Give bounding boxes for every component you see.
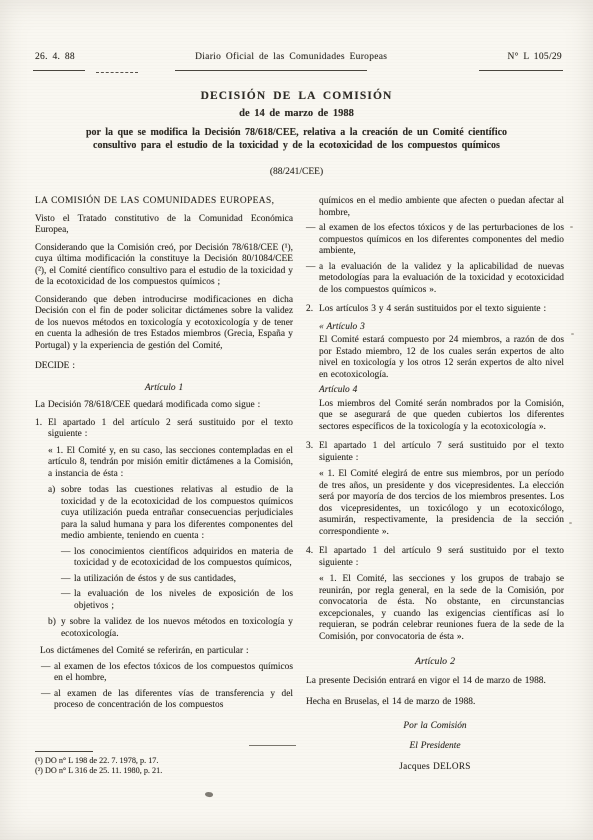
article-3-text: El Comité estará compuesto por 24 miembr… (319, 335, 564, 381)
amendment-item-3: 3. El apartado 1 del artículo 7 será sus… (306, 441, 564, 464)
scan-artifact-line (249, 745, 296, 746)
dash-marker: — (61, 589, 74, 612)
point-text: y sobre la validez de los nuevos métodos… (61, 617, 293, 640)
article-3-heading: « Artículo 3 (319, 322, 564, 334)
decision-title: DECISIÓN DE LA COMISIÓN (0, 90, 593, 102)
journal-issue-number: N° L 105/29 (507, 52, 562, 62)
dash-marker: — (61, 574, 74, 586)
decision-subtitle: por la que se modifica la Decisión 78/61… (81, 127, 513, 152)
scan-speck (570, 226, 573, 228)
footnote-2: (²) DO n° L 316 de 25. 11. 1980, p. 21. (35, 766, 297, 776)
dash-marker: — (306, 262, 319, 297)
decide-line: DECIDE : (35, 361, 293, 373)
point-label: a) (48, 485, 61, 543)
quoted-paragraph-4: « 1. El Comité, las secciones y los grup… (319, 574, 564, 643)
page-header: 26. 4. 88 Diario Oficial de las Comunida… (35, 52, 562, 62)
scan-smudge (205, 791, 214, 798)
point-text: sobre todas las cuestiones relativas al … (61, 485, 293, 543)
quoted-paragraph-1: « 1. El Comité y, en su caso, las seccio… (48, 446, 293, 481)
item-text: El apartado 1 del artículo 7 será sustit… (319, 441, 564, 464)
item-text: Los artículos 3 y 4 serán sustituidos po… (319, 304, 564, 316)
article-1-heading: Artículo 1 (35, 383, 293, 395)
item-number: 1. (35, 418, 48, 441)
signature-role: El Presidente (306, 741, 564, 753)
decision-reference: (88/241/CEE) (0, 167, 593, 177)
indent-item-text: la evaluación de los niveles de exposici… (74, 589, 293, 612)
dash-marker: — (306, 223, 319, 258)
continuation-text: químicos en el medio ambiente que afecte… (319, 196, 564, 219)
point-a: a) sobre todas las cuestiones relativas … (48, 485, 293, 543)
point-label: b) (48, 617, 61, 640)
left-column: LA COMISIÓN DE LAS COMUNIDADES EUROPEAS,… (35, 196, 293, 772)
indent-item-text: a la evaluación de la validez y la aplic… (319, 262, 564, 297)
indent-item: — la utilización de éstos y de sus canti… (61, 574, 293, 586)
journal-page: 26. 4. 88 Diario Oficial de las Comunida… (0, 0, 593, 840)
entry-into-force: La presente Decisión entrará en vigor el… (306, 676, 564, 688)
footnote-rule (35, 751, 93, 752)
indent-item-text: los conocimientos científicos adquiridos… (74, 547, 293, 570)
point-b: b) y sobre la validez de los nuevos méto… (48, 617, 293, 640)
citation-treaty: Visto el Tratado constitutivo de la Comu… (35, 214, 293, 237)
indent-item-text: la utilización de éstos y de sus cantida… (74, 574, 293, 586)
header-rule-left (33, 70, 85, 71)
indent-item-text: al examen de las diferentes vías de tran… (54, 689, 293, 712)
indent-item: — a la evaluación de la validez y la apl… (306, 262, 564, 297)
dash-marker: — (61, 547, 74, 570)
indent-item: — los conocimientos científicos adquirid… (61, 547, 293, 570)
article-2-heading: Artículo 2 (306, 656, 564, 668)
recital-2: Considerando que deben introducirse modi… (35, 295, 293, 353)
item-text: El apartado 1 del artículo 2 será sustit… (48, 418, 293, 441)
done-at-line: Hecha en Bruselas, el 14 de marzo de 198… (306, 697, 564, 709)
article-1-intro: La Decisión 78/618/CEE quedará modificad… (35, 400, 293, 412)
header-rule-center (175, 70, 367, 71)
indent-item-text: al examen de los efectos tóxicos y de la… (319, 223, 564, 258)
journal-title: Diario Oficial de las Comunidades Europe… (195, 52, 387, 62)
amendment-item-4: 4. El apartado 1 del artículo 9 será sus… (306, 546, 564, 569)
footnote-1: (¹) DO n° L 198 de 22. 7. 1978, p. 17. (35, 756, 297, 766)
header-rule-right (479, 70, 563, 71)
signature-organisation: Por la Comisión (306, 721, 564, 733)
indent-item: — al examen de las diferentes vías de tr… (41, 689, 293, 712)
dash-marker: — (41, 662, 54, 685)
header-rule-dashed (96, 72, 138, 74)
signature-name: Jacques DELORS (306, 761, 564, 773)
footnotes: (¹) DO n° L 198 de 22. 7. 1978, p. 17. (… (35, 751, 297, 777)
item-number: 4. (306, 546, 319, 569)
opinions-intro: Los dictámenes del Comité se referirán, … (40, 646, 293, 658)
journal-date: 26. 4. 88 (35, 52, 75, 62)
item-number: 2. (306, 304, 319, 316)
article-4-text: Los miembros del Comité serán nombrados … (319, 399, 564, 434)
indent-item: — al examen de los efectos tóxicos y de … (306, 223, 564, 258)
decision-title-block: DECISIÓN DE LA COMISIÓN de 14 de marzo d… (0, 90, 593, 177)
scan-speck (569, 522, 572, 524)
scan-speck (571, 333, 574, 335)
indent-item-text: al examen de los efectos tóxicos de los … (54, 662, 293, 685)
right-column: químicos en el medio ambiente que afecte… (306, 196, 564, 772)
article-4-heading: Artículo 4 (319, 385, 564, 397)
document-body: LA COMISIÓN DE LAS COMUNIDADES EUROPEAS,… (35, 196, 565, 772)
recital-1: Considerando que la Comisión creó, por D… (35, 243, 293, 289)
quoted-paragraph-3: « 1. El Comité elegirá de entre sus miem… (319, 469, 564, 538)
amendment-item-2: 2. Los artículos 3 y 4 serán sustituidos… (306, 304, 564, 316)
dash-marker: — (41, 689, 54, 712)
amendment-item-1: 1. El apartado 1 del artículo 2 será sus… (35, 418, 293, 441)
item-text: El apartado 1 del artículo 9 será sustit… (319, 546, 564, 569)
commission-intro: LA COMISIÓN DE LAS COMUNIDADES EUROPEAS, (35, 196, 293, 208)
indent-item: — al examen de los efectos tóxicos de lo… (41, 662, 293, 685)
item-number: 3. (306, 441, 319, 464)
indent-item: — la evaluación de los niveles de exposi… (61, 589, 293, 612)
decision-date: de 14 de marzo de 1988 (0, 108, 593, 119)
